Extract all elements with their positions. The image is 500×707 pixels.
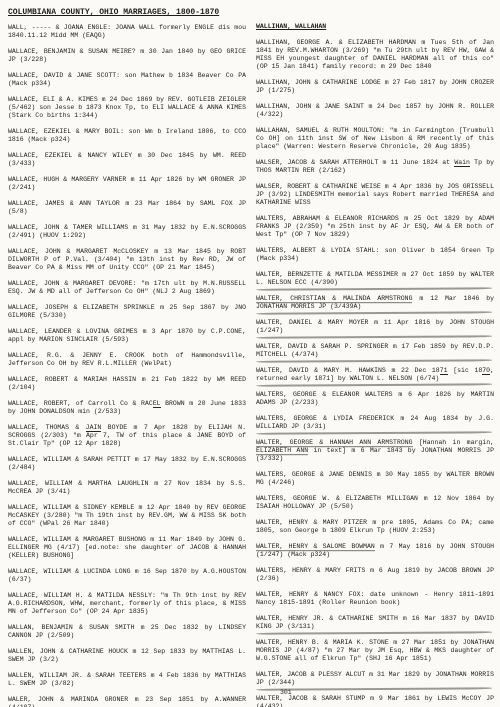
marriage-record: WALLACE, WILLIAM & MARTHA LAUGHLIN m 27 … [8,480,246,496]
surname-section-header: WALLIHAN, WALLAHAN [256,23,494,31]
marriage-record: WALTER, DANIEL & MARY MOYER m 11 Apr 181… [256,319,494,338]
typed-underline: 71 [440,367,448,375]
marriage-record: WALLACE, ROBERT & MARIAH HASSIN m 21 Feb… [8,376,246,392]
marriage-record: WALTER, DAVID & SARAH P. SPRINGER m 17 F… [256,343,494,362]
marriage-record: WALLACE, WILLIAM & MARGARET BUSHONG m 11… [8,536,246,560]
marriage-record: WALTERS, GEORGE & LYDIA FREDERICK m 24 A… [256,415,494,434]
left-column: COLUMBIANA COUNTY, OHIO MARRIAGES, 1800-… [8,8,246,707]
marriage-record: WALLACE, EZEKIEL & MARY BOIL: son Wm b I… [8,128,246,144]
marriage-record: WALLACE, DAVID & JANE SCOTT: son Mathew … [8,72,246,88]
marriage-record: WALLACE, WILLIAM & SIDNEY KEMBLE m 12 Ap… [8,504,246,528]
marriage-record: WALTER, HENRY B. & MARIA K. STONE m 27 M… [256,639,494,663]
marriage-record: WALTER, HENRY & SALOME BOWMAN m 7 May 18… [256,543,494,559]
typed-underline: 70 [482,367,490,375]
pen-underline: WALTER, HENRY & SALOME BOWMAN [256,543,375,550]
marriage-record: WALLACE, ELI & A. KIMES m 24 Dec 1869 by… [8,96,246,120]
marriage-record: WALLEN, WILLIAM JR. & SARAH TEETERS m 4 … [8,672,246,688]
marriage-record: WALTERS, HENRY & MARY FRITS m 6 Aug 1819… [256,567,494,583]
typed-underline: EL [153,400,161,408]
marriage-record: WALTER, HENRY & NANCY FOX: date unknown … [256,591,494,607]
pen-underline: WALTER, GEORGE & HANNAH ANN ARMSTRONG [256,439,413,446]
marriage-record: WALTER, HENRY & MARY PITZER m pre 1805, … [256,519,494,535]
page-number: 301 [280,689,292,697]
marriage-record: WALLIHAN, GEORGE A. & ELIZABETH HARDMAN … [256,39,494,71]
book-page: COLUMBIANA COUNTY, OHIO MARRIAGES, 1800-… [0,0,500,707]
marriage-record: WALL, ----- & JOANA ENGLE: JOANA WALL fo… [8,24,246,40]
right-entry-list: WALLIHAN, GEORGE A. & ELIZABETH HARDMAN … [256,39,494,707]
marriage-record: WALSER, ROBERT & CATHARINE WEISE m 4 Apr… [256,183,494,207]
right-column: WALLIHAN, WALLAHAN WALLIHAN, GEORGE A. &… [256,8,494,707]
left-entry-list: WALL, ----- & JOANA ENGLE: JOANA WALL fo… [8,24,246,707]
marriage-record: WALSER, JACOB & SARAH ATTERHOLT m 11 Jun… [256,159,494,175]
marriage-record: WALLACE, JOHN & MARGARET McCLOSKEY m 13 … [8,248,246,272]
marriage-record: WALLACE, JAMES & ANN TAYLOR m 23 Mar 186… [8,200,246,216]
marriage-record: WALLACE, EZEKIEL & NANCY WILEY m 30 Dec … [8,152,246,168]
marriage-record: WALLACE, R.G. & JENNY E. CROOK both of H… [8,352,246,368]
marriage-record: WALLACE, ROBERT, of Carroll Co & RACEL B… [8,400,246,416]
marriage-record: WALLACE, BENJAMIN & SUSAN MEIRE? m 30 Ja… [8,48,246,64]
marriage-record: WALLIHAN, JOHN & CATHARINE LODGE m 27 Fe… [256,79,494,95]
marriage-record: WALLIHAN, JOHN & JANE SAINT m 24 Dec 185… [256,103,494,119]
marriage-record: WALER, JOHN & MARINDA GRONER m 23 Sep 18… [8,696,246,707]
marriage-record: WALLAN, BENJAMIN & SUSAN SMITH m 25 Dec … [8,624,246,640]
marriage-record: WALTER, DAVID & MARY M. HAWKINS m 22 Dec… [256,367,494,386]
marriage-record: WALTER, GEORGE & HANNAH ANN ARMSTRONG [H… [256,439,494,463]
marriage-record: WALLACE, JOSEPH & ELIZABETH SPRINKLE m 2… [8,304,246,320]
pen-underline: WALTER, CHRISTIAN & MALINDA ARMSTRONG [256,295,412,302]
marriage-record: WALLACE, WILLIAM & SARAH PETTIT m 17 May… [8,456,246,472]
marriage-record: WALTER, JACOB & PLESSY ALCUT m 31 Mar 18… [256,671,494,690]
marriage-record: WALTERS, ABRAHAM & ELEANOR RICHARDS m 25… [256,215,494,239]
page-title: COLUMBIANA COUNTY, OHIO MARRIAGES, 1800-… [8,8,246,18]
marriage-record: WALLACE, WILLIAM & LUCINDA LONG m 16 Sep… [8,568,246,584]
marriage-record: WALLACE, JOHN & MARGARET DEVORE: "m 17th… [8,280,246,296]
marriage-record: WALLACE, THOMAS & JAIN BOYDE m 7 Apr 182… [8,424,246,448]
marriage-record: WALLEN, JOHN & CATHARINE HOUCK m 12 Sep … [8,648,246,664]
marriage-record: WALTERS, GEORGE & ELEANOR WALTERS m 6 Ap… [256,391,494,407]
marriage-record: WALTER, BERNZETTE & MATILDA MESSIMER m 2… [256,271,494,290]
marriage-record: WALLACE, JOHN & TAMER WILLIAMS m 31 May … [8,224,246,240]
marriage-record: WALLACE, WILLIAM H. & MATILDA NESSLY: "m… [8,592,246,616]
marriage-record: WALLACE, HUGH & MARGERY VARNER m 11 Apr … [8,176,246,192]
marriage-record: WALLACE, LEANDER & LOVINA GRIMES m 3 Apr… [8,328,246,344]
marriage-record: WALTER, HENRY JR. & CATHARINE SMITH m 16… [256,615,494,634]
typed-underline: JAIN [86,424,102,432]
marriage-record: WALTERS, GEORGE & JANE DENNIS m 30 May 1… [256,471,494,487]
pen-underline: ELIZABETH ANN [256,447,308,454]
marriage-record: WALLAHAN, SAMUEL & RUTH MOULTON: "m in F… [256,127,494,151]
typed-underline: Wain [454,159,470,167]
marriage-record: WALTERS, ALBERT & LYDIA STAHL: son Olive… [256,247,494,263]
marriage-record: WALTER, CHRISTIAN & MALINDA ARMSTRONG m … [256,295,494,314]
marriage-record: WALTERS, GEORGE W. & ELIZABETH MILLIGAN … [256,495,494,511]
